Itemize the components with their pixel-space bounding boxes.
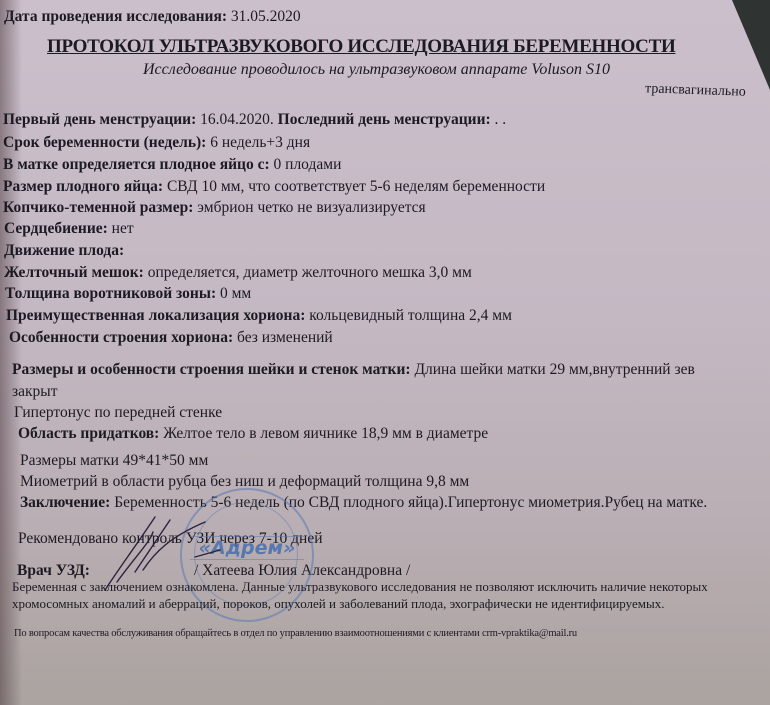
study-date: Дата проведения исследования: 31.05.2020: [4, 8, 301, 26]
footer-contact: По вопросам качества обслуживания обраща…: [14, 625, 577, 643]
study-date-value: 31.05.2020: [231, 8, 301, 25]
ultrasound-protocol-page: Дата проведения исследования: 31.05.2020…: [0, 0, 770, 705]
conclusion: Заключение: Беременность 5-6 недель (по …: [20, 494, 707, 512]
field-yolk-sac: Желточный мешок: определяется, диаметр ж…: [4, 264, 472, 282]
field-label: Область придатков:: [18, 425, 159, 442]
field-label: Срок беременности (недель):: [3, 134, 206, 151]
field-value: нет: [112, 220, 134, 237]
field-chorion-location: Преимущественная локализация хориона: ко…: [6, 307, 512, 325]
field-label: Преимущественная локализация хориона:: [6, 307, 305, 324]
field-label: Копчико-теменной размер:: [3, 199, 193, 216]
study-date-label: Дата проведения исследования:: [4, 8, 227, 25]
background-corner: [732, 0, 770, 90]
exam-method: трансвагинально: [645, 81, 746, 101]
field-fetal-movement: Движение плода:: [4, 242, 124, 260]
field-value: . .: [495, 111, 507, 128]
field-label: Размеры и особенности строения шейки и с…: [12, 361, 411, 378]
field-label: В матке определяется плодное яйцо с:: [3, 156, 270, 173]
field-label: Желточный мешок:: [4, 264, 144, 281]
cervix-note: Гипертонус по передней стенке: [14, 404, 222, 422]
field-value: 0 плодами: [274, 156, 342, 173]
field-value: Желтое тело в левом яичнике 18,9 мм в ди…: [163, 425, 488, 442]
field-heartbeat: Сердцебиение: нет: [4, 220, 134, 238]
uterus-size: Размеры матки 49*41*50 мм: [20, 452, 208, 470]
field-label: Толщина воротниковой зоны:: [5, 285, 216, 302]
field-crl: Копчико-теменной размер: эмбрион четко н…: [3, 199, 426, 217]
disclaimer-line-1: Беременная с заключением ознакомлена. Да…: [12, 578, 708, 596]
cervix-continuation: закрыт: [12, 383, 57, 401]
conclusion-label: Заключение:: [20, 494, 110, 511]
field-gestational-sac: В матке определяется плодное яйцо с: 0 п…: [3, 156, 341, 174]
field-chorion-structure: Особенности строения хориона: без измене…: [9, 329, 333, 347]
field-label: Движение плода:: [4, 242, 124, 259]
disclaimer-line-2: хромосомных аномалий и аберраций, пороко…: [12, 595, 664, 613]
adnexa-section: Область придатков: Желтое тело в левом я…: [18, 425, 488, 443]
field-label: Первый день менструации:: [3, 111, 196, 128]
field-gestation: Срок беременности (недель): 6 недель+3 д…: [3, 134, 310, 152]
field-sac-size: Размер плодного яйца: СВД 10 мм, что соо…: [3, 178, 545, 196]
field-value: 6 недель+3 дня: [210, 134, 310, 151]
field-value: 0 мм: [220, 285, 251, 302]
field-value: эмбрион четко не визуализируется: [197, 199, 425, 216]
document-subtitle: Исследование проводилось на ультразвуков…: [143, 61, 610, 79]
field-value: без изменений: [237, 329, 333, 346]
field-value: Длина шейки матки 29 мм,внутренний зев: [414, 361, 694, 378]
field-value: кольцевидный толщина 2,4 мм: [309, 307, 512, 324]
field-label: Последний день менструации:: [278, 111, 491, 128]
doctor-label-text: Врач УЗД:: [17, 562, 90, 579]
field-label: Особенности строения хориона:: [9, 329, 233, 346]
field-value: 16.04.2020.: [200, 111, 274, 128]
field-menstruation: Первый день менструации: 16.04.2020. Пос…: [3, 111, 506, 129]
field-label: Сердцебиение:: [4, 220, 108, 237]
field-label: Размер плодного яйца:: [3, 178, 163, 195]
field-value: СВД 10 мм, что соответствует 5-6 неделям…: [167, 178, 545, 195]
field-value: определяется, диаметр желточного мешка 3…: [148, 264, 472, 281]
field-nuchal: Толщина воротниковой зоны: 0 мм: [5, 285, 251, 303]
cervix-section: Размеры и особенности строения шейки и с…: [12, 361, 695, 379]
document-title: ПРОТОКОЛ УЛЬТРАЗВУКОВОГО ИССЛЕДОВАНИЯ БЕ…: [47, 36, 675, 58]
